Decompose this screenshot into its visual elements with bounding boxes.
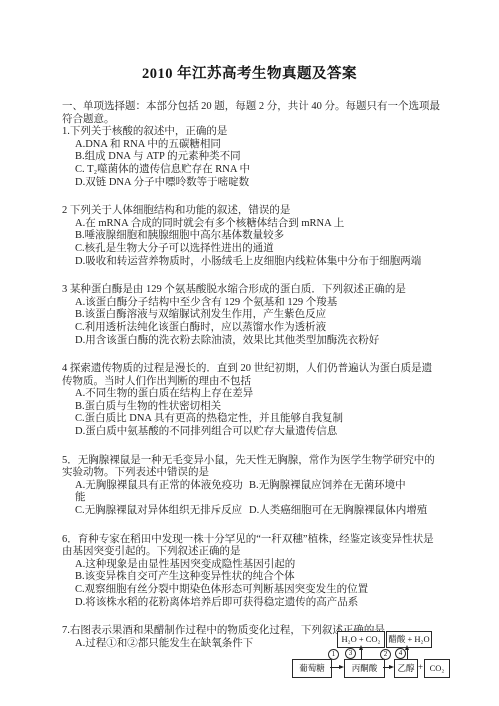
exam-content: 一、单项选择题：本部分包括 20 题，每题 2 分，共计 40 分。每题只有一个… <box>62 101 440 650</box>
option-a: A.无胸腺裸鼠具有正常的体液免疫功能 <box>75 480 249 505</box>
arrow-up-icon <box>407 647 408 659</box>
question-1: 1.下列关于核酸的叙述中，正确的是 A.DNA 和 RNA 中的五碳糖相同 B.… <box>62 126 440 189</box>
circled-step-3: 3 <box>345 648 356 659</box>
question-stem: 6．育种专家在稻田中发现一株十分罕见的“一秆双穗”植株，经鉴定该变异性状是由基因… <box>62 534 440 559</box>
option-b: B.蛋白质与生物的性状密切相关 <box>62 401 440 414</box>
option-c: C.无胸腺裸鼠对异体组织无排斥反应 <box>75 505 249 518</box>
option-a: A.在 mRNA 合成的同时就会有多个核糖体结合到 mRNA 上 <box>62 218 440 231</box>
option-b: B.该蛋白酶溶液与双缩脲试剂发生作用，产生紫色反应 <box>62 309 440 322</box>
arrow-right-icon <box>330 667 342 668</box>
option-b: B.该变异株自交可产生这种变异性状的纯合个体 <box>62 571 440 584</box>
option-b: B.唾液腺细胞和胰腺细胞中高尔基体数量较多 <box>62 230 440 243</box>
option-c: C. T₂噬菌体的遗传信息贮存在 RNA 中 <box>62 164 440 177</box>
option-d: D.蛋白质中氨基酸的不同排列组合可以贮存大量遗传信息 <box>62 426 440 439</box>
question-4: 4 探索遗传物质的过程是漫长的．直到 20 世纪初期，人们仍普遍认为蛋白质是遗传… <box>62 363 440 439</box>
arrow-up-icon <box>361 647 362 659</box>
plus-sign: + <box>417 662 424 672</box>
option-b: B.组成 DNA 与 ATP 的元素种类不同 <box>62 151 440 164</box>
option-a: A.DNA 和 RNA 中的五碳糖相同 <box>62 139 440 152</box>
fermentation-flow-diagram: H₂O + CO₂ 醋酸 + H₂O 葡萄糖 丙酮酸 乙醇 CO₂ + 1 2 … <box>290 628 462 682</box>
option-d: D.吸收和转运营养物质时，小肠绒毛上皮细胞内线粒体集中分布于细胞两端 <box>62 256 440 269</box>
question-3: 3 某种蛋白酶是由 129 个氨基酸脱水缩合形成的蛋白质．下列叙述正确的是 A.… <box>62 284 440 347</box>
page-title: 2010 年江苏高考生物真题及答案 <box>0 62 499 83</box>
option-d: D.用含该蛋白酶的洗衣粉去除油渍，效果比其他类型加酶洗衣粉好 <box>62 335 440 348</box>
option-a: A.该蛋白酶分子结构中至少含有 129 个氨基和 129 个羧基 <box>62 297 440 310</box>
option-d: D.双链 DNA 分子中嘌呤数等于嘧啶数 <box>62 177 440 190</box>
question-stem: 4 探索遗传物质的过程是漫长的．直到 20 世纪初期，人们仍普遍认为蛋白质是遗传… <box>62 363 440 388</box>
section-intro: 一、单项选择题：本部分包括 20 题，每题 2 分，共计 40 分。每题只有一个… <box>62 101 440 126</box>
arrow-right-icon <box>383 667 392 668</box>
circled-step-1: 1 <box>328 649 339 660</box>
question-5: 5．无胸腺裸鼠是一种无毛变异小鼠，先天性无胸腺，常作为医学生物学研究中的实验动物… <box>62 455 440 518</box>
question-6: 6．育种专家在稻田中发现一株十分罕见的“一秆双穗”植株，经鉴定该变异性状是由基因… <box>62 534 440 610</box>
option-c: C.观察细胞有丝分裂中期染色体形态可判断基因突变发生的位置 <box>62 584 440 597</box>
ethanol-box: 乙醇 <box>394 659 418 678</box>
option-row: C.无胸腺裸鼠对异体组织无排斥反应 D.人类癌细胞可在无胸腺裸鼠体内增殖 <box>62 505 440 518</box>
question-2: 2 下列关于人体细胞结构和功能的叙述，错误的是 A.在 mRNA 合成的同时就会… <box>62 205 440 268</box>
option-a: A.不同生物的蛋白质在结构上存在差异 <box>62 388 440 401</box>
co2-box: CO₂ <box>424 659 450 678</box>
option-c: C.利用透析法纯化该蛋白酶时，应以蒸馏水作为透析液 <box>62 322 440 335</box>
pyruvate-box: 丙酮酸 <box>344 659 385 678</box>
option-c: C.蛋白质比 DNA 具有更高的热稳定性，并且能够自我复制 <box>62 413 440 426</box>
option-c: C.核孔是生物大分子可以选择性进出的通道 <box>62 243 440 256</box>
option-d: D.人类癌细胞可在无胸腺裸鼠体内增殖 <box>249 505 427 518</box>
question-stem: 1.下列关于核酸的叙述中，正确的是 <box>62 126 440 139</box>
exam-paper-page: 2010 年江苏高考生物真题及答案 一、单项选择题：本部分包括 20 题，每题 … <box>0 0 499 706</box>
option-row: A.无胸腺裸鼠具有正常的体液免疫功能 B.无胸腺裸鼠应饲养在无菌环境中 <box>62 480 440 505</box>
option-a: A.这种现象是由显性基因突变成隐性基因引起的 <box>62 559 440 572</box>
question-stem: 5．无胸腺裸鼠是一种无毛变异小鼠，先天性无胸腺，常作为医学生物学研究中的实验动物… <box>62 455 440 480</box>
circled-step-4: 4 <box>395 648 406 659</box>
question-stem: 3 某种蛋白酶是由 129 个氨基酸脱水缩合形成的蛋白质．下列叙述正确的是 <box>62 284 440 297</box>
option-d: D.将该株水稻的花粉离体培养后即可获得稳定遗传的高产品系 <box>62 597 440 610</box>
question-stem: 2 下列关于人体细胞结构和功能的叙述，错误的是 <box>62 205 440 218</box>
option-b: B.无胸腺裸鼠应饲养在无菌环境中 <box>249 480 406 505</box>
circled-step-2: 2 <box>380 649 391 660</box>
acetic-acid-box: 醋酸 + H₂O <box>386 631 432 648</box>
glucose-box: 葡萄糖 <box>292 659 332 678</box>
